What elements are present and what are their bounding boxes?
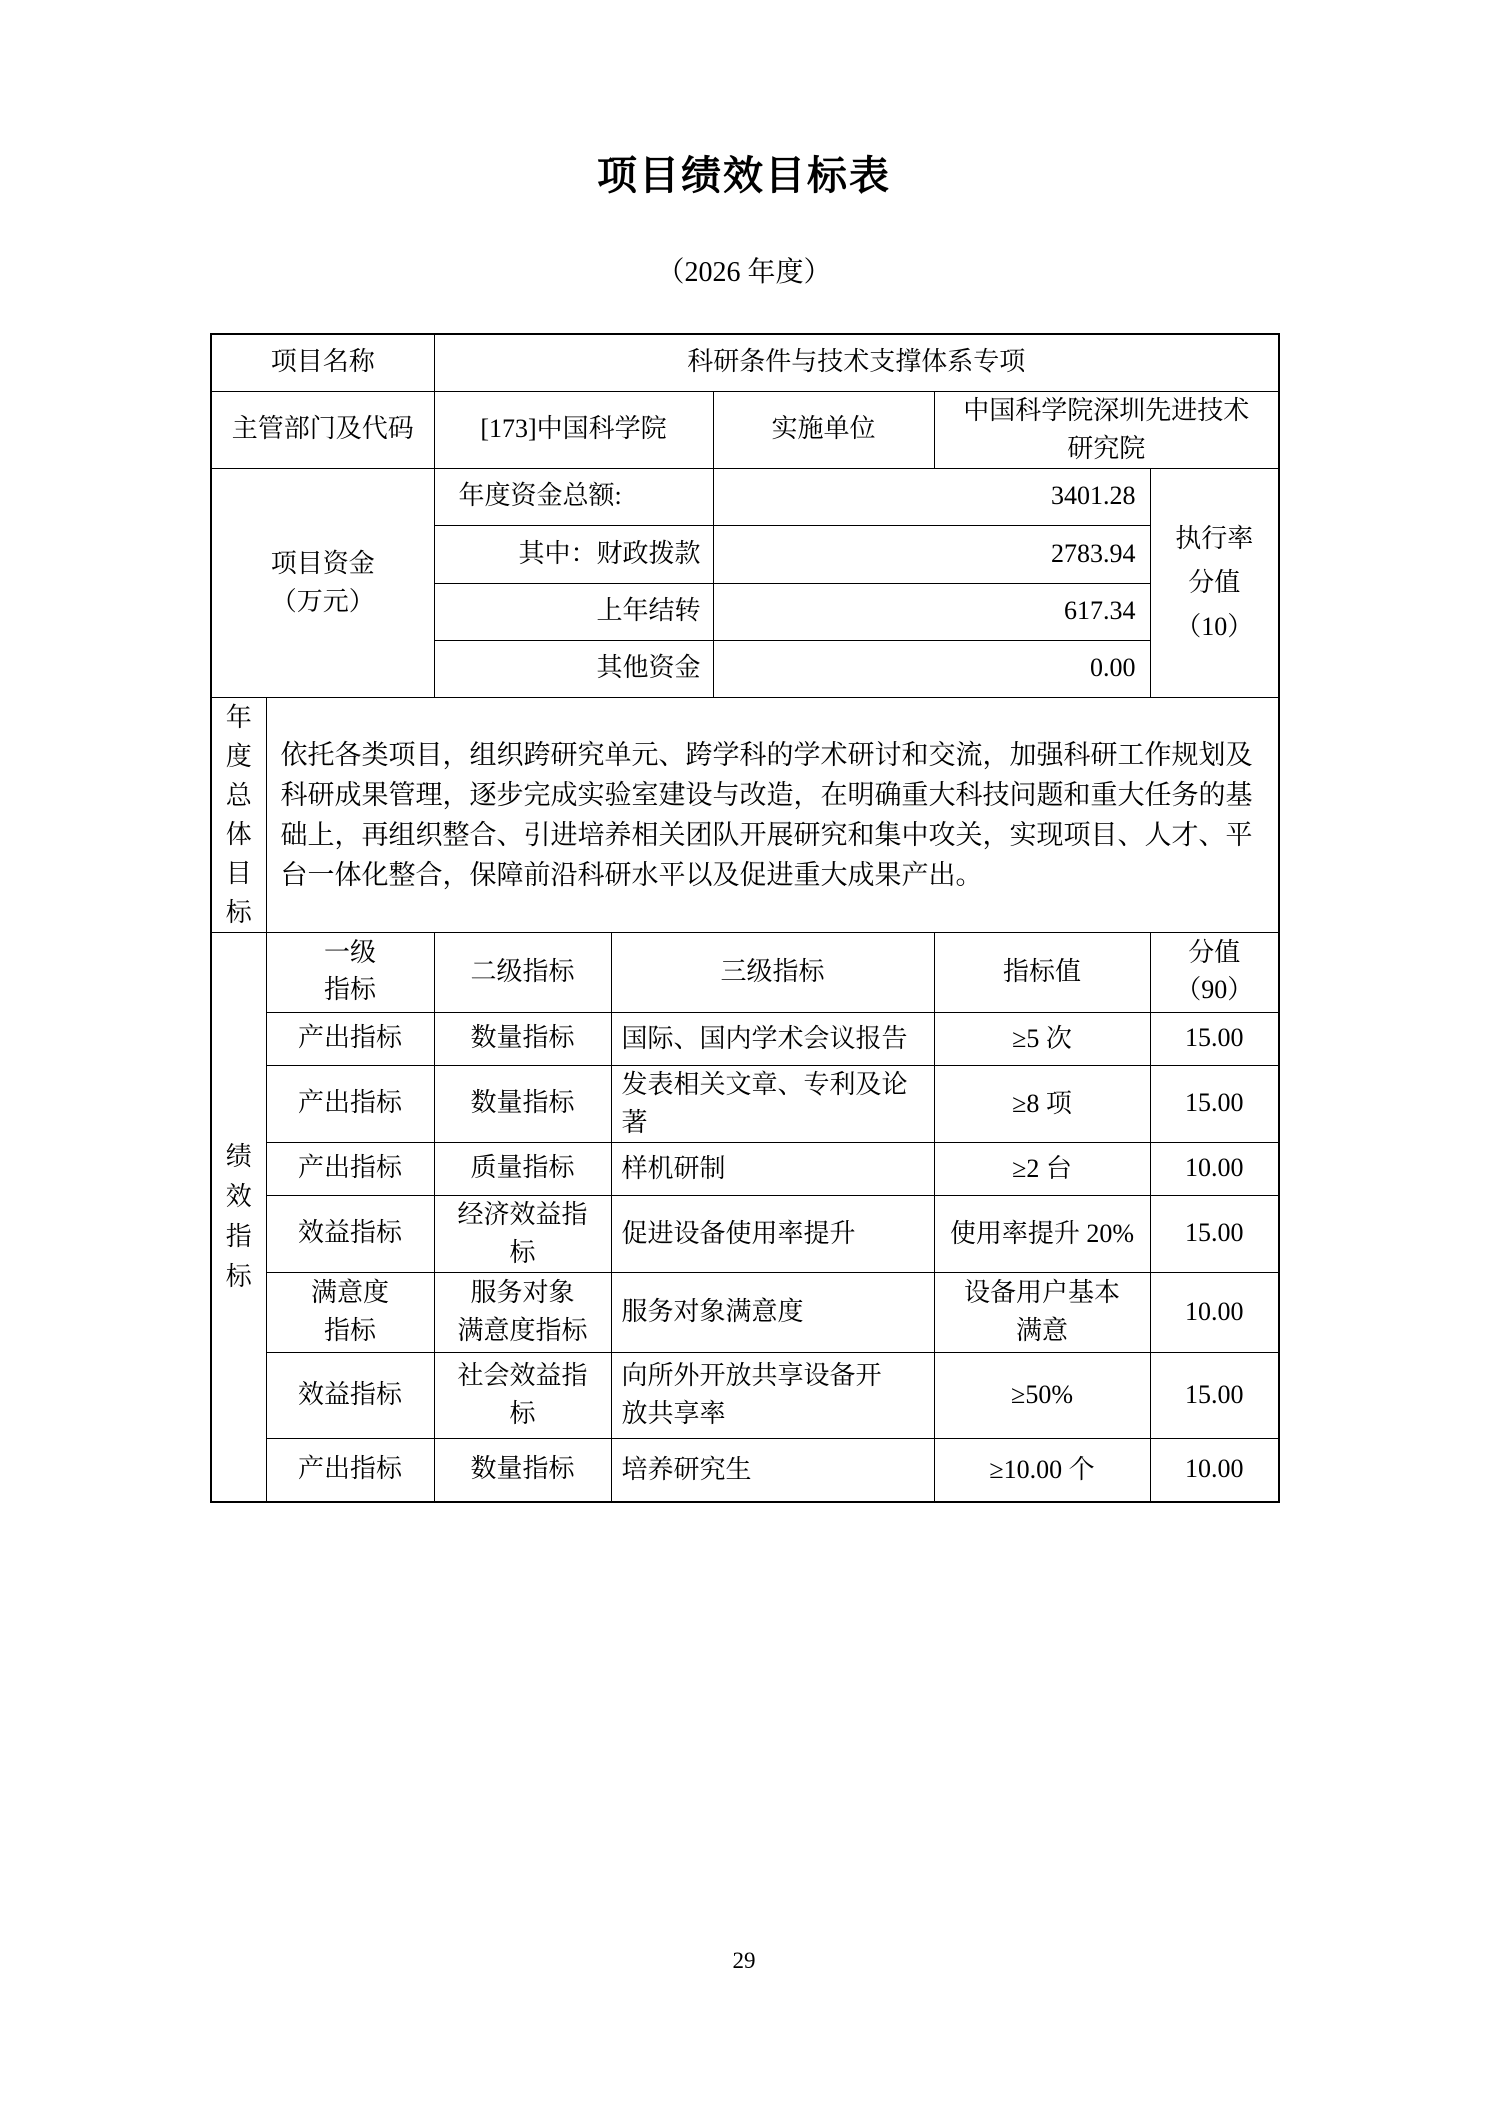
implementing-unit-label: 实施单位 <box>713 391 934 468</box>
row-indicator-header: 绩效指标 一级 指标 二级指标 三级指标 指标值 分值 （90） <box>211 932 1279 1012</box>
indicator-level3: 培养研究生 <box>611 1438 934 1502</box>
implementing-unit-value: 中国科学院深圳先进技术 研究院 <box>934 391 1279 468</box>
row-annual-goal: 年度总体目标 依托各类项目，组织跨研究单元、跨学科的学术研讨和交流，加强科研工作… <box>211 697 1279 932</box>
indicator-level1: 产出指标 <box>266 1142 434 1195</box>
indicator-level2: 经济效益指 标 <box>434 1195 611 1272</box>
indicator-level2: 数量指标 <box>434 1012 611 1065</box>
indicators-label-cell: 绩效指标 <box>211 932 266 1502</box>
project-name-label: 项目名称 <box>211 334 434 391</box>
indicators-label: 绩效指标 <box>226 1137 252 1297</box>
indicator-value: ≥2 台 <box>934 1142 1150 1195</box>
indicator-score: 10.00 <box>1150 1438 1279 1502</box>
header-level1: 一级 指标 <box>266 932 434 1012</box>
execution-rate-score-label: 执行率 分值 （10） <box>1150 468 1279 697</box>
indicator-level3: 向所外开放共享设备开 放共享率 <box>611 1352 934 1438</box>
indicator-value: 使用率提升 20% <box>934 1195 1150 1272</box>
document-page: { "page": { "title": "项目绩效目标表", "subtitl… <box>0 0 1488 2104</box>
indicator-level1: 产出指标 <box>266 1065 434 1142</box>
indicator-score: 10.00 <box>1150 1272 1279 1352</box>
indicator-level2: 服务对象 满意度指标 <box>434 1272 611 1352</box>
funding-name: 其中：财政拨款 <box>434 525 713 583</box>
indicator-value: 设备用户基本 满意 <box>934 1272 1150 1352</box>
funding-value: 0.00 <box>713 640 1150 697</box>
indicator-level1: 产出指标 <box>266 1012 434 1065</box>
indicator-level1: 满意度 指标 <box>266 1272 434 1352</box>
indicator-score: 15.00 <box>1150 1012 1279 1065</box>
page-title: 项目绩效目标表 <box>0 144 1488 201</box>
annual-goal-label-cell: 年度总体目标 <box>211 697 266 932</box>
row-department: 主管部门及代码 [173]中国科学院 实施单位 中国科学院深圳先进技术 研究院 <box>211 391 1279 468</box>
department-value: [173]中国科学院 <box>434 391 713 468</box>
indicator-level3: 促进设备使用率提升 <box>611 1195 934 1272</box>
indicator-row: 效益指标 经济效益指 标 促进设备使用率提升 使用率提升 20% 15.00 <box>211 1195 1279 1272</box>
indicator-score: 10.00 <box>1150 1142 1279 1195</box>
row-funding-total: 项目资金 （万元） 年度资金总额: 3401.28 执行率 分值 （10） <box>211 468 1279 525</box>
funding-value: 3401.28 <box>713 468 1150 525</box>
indicator-level3: 国际、国内学术会议报告 <box>611 1012 934 1065</box>
indicator-row: 效益指标 社会效益指 标 向所外开放共享设备开 放共享率 ≥50% 15.00 <box>211 1352 1279 1438</box>
project-name-value: 科研条件与技术支撑体系专项 <box>434 334 1279 391</box>
header-score: 分值 （90） <box>1150 932 1279 1012</box>
indicator-row: 产出指标 质量指标 样机研制 ≥2 台 10.00 <box>211 1142 1279 1195</box>
page-subtitle: （2026 年度） <box>0 250 1488 290</box>
header-level3: 三级指标 <box>611 932 934 1012</box>
indicator-value: ≥5 次 <box>934 1012 1150 1065</box>
indicator-row: 产出指标 数量指标 发表相关文章、专利及论 著 ≥8 项 15.00 <box>211 1065 1279 1142</box>
indicator-row: 产出指标 数量指标 培养研究生 ≥10.00 个 10.00 <box>211 1438 1279 1502</box>
header-value: 指标值 <box>934 932 1150 1012</box>
annual-goal-label: 年度总体目标 <box>226 698 252 932</box>
funding-name: 上年结转 <box>434 583 713 640</box>
indicator-level3: 样机研制 <box>611 1142 934 1195</box>
indicator-level3: 发表相关文章、专利及论 著 <box>611 1065 934 1142</box>
indicator-score: 15.00 <box>1150 1195 1279 1272</box>
funding-name: 年度资金总额: <box>434 468 713 525</box>
funding-label: 项目资金 （万元） <box>211 468 434 697</box>
indicator-value: ≥50% <box>934 1352 1150 1438</box>
funding-value: 2783.94 <box>713 525 1150 583</box>
indicator-score: 15.00 <box>1150 1352 1279 1438</box>
page-number: 29 <box>0 1948 1488 1974</box>
indicator-level2: 质量指标 <box>434 1142 611 1195</box>
indicator-score: 15.00 <box>1150 1065 1279 1142</box>
indicator-value: ≥10.00 个 <box>934 1438 1150 1502</box>
header-level2: 二级指标 <box>434 932 611 1012</box>
performance-target-table: 项目名称 科研条件与技术支撑体系专项 主管部门及代码 [173]中国科学院 实施… <box>210 333 1280 1503</box>
annual-goal-text: 依托各类项目，组织跨研究单元、跨学科的学术研讨和交流，加强科研工作规划及 科研成… <box>266 697 1279 932</box>
row-project-name: 项目名称 科研条件与技术支撑体系专项 <box>211 334 1279 391</box>
indicator-level2: 社会效益指 标 <box>434 1352 611 1438</box>
indicator-row: 满意度 指标 服务对象 满意度指标 服务对象满意度 设备用户基本 满意 10.0… <box>211 1272 1279 1352</box>
funding-name: 其他资金 <box>434 640 713 697</box>
indicator-level2: 数量指标 <box>434 1065 611 1142</box>
indicator-level1: 产出指标 <box>266 1438 434 1502</box>
indicator-level1: 效益指标 <box>266 1352 434 1438</box>
indicator-level2: 数量指标 <box>434 1438 611 1502</box>
indicator-level3: 服务对象满意度 <box>611 1272 934 1352</box>
funding-value: 617.34 <box>713 583 1150 640</box>
indicator-value: ≥8 项 <box>934 1065 1150 1142</box>
indicator-level1: 效益指标 <box>266 1195 434 1272</box>
department-label: 主管部门及代码 <box>211 391 434 468</box>
indicator-row: 产出指标 数量指标 国际、国内学术会议报告 ≥5 次 15.00 <box>211 1012 1279 1065</box>
